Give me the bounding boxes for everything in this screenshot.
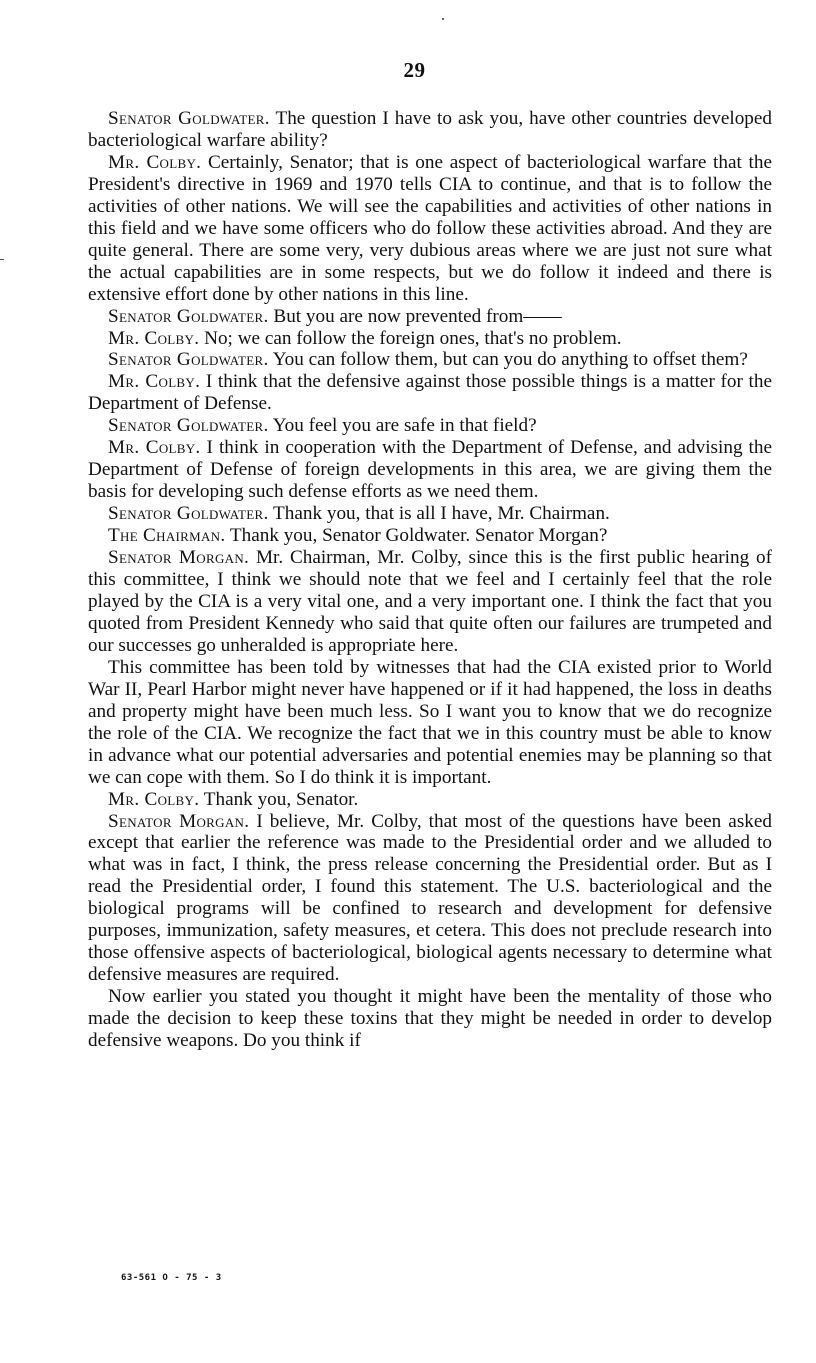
- paragraph-text: I believe, Mr. Colby, that most of the q…: [88, 811, 772, 986]
- speaker-name: Senator Goldwater.: [108, 306, 269, 327]
- speaker-name: Mr. Colby.: [108, 371, 200, 392]
- paragraph: Senator Morgan. Mr. Chairman, Mr. Colby,…: [88, 547, 772, 657]
- paragraph: This committee has been told by witnesse…: [88, 657, 772, 789]
- speaker-name: Mr. Colby.: [108, 437, 201, 458]
- paragraph: Senator Goldwater. You can follow them, …: [88, 349, 772, 371]
- paragraph: Now earlier you stated you thought it mi…: [88, 986, 772, 1052]
- transcript-body: Senator Goldwater. The question I have t…: [88, 108, 772, 1052]
- page-number: 29: [0, 58, 816, 83]
- speaker-name: Mr. Colby.: [108, 789, 199, 810]
- scan-artifact: [0, 259, 4, 260]
- paragraph-text: But you are now prevented from——: [269, 306, 562, 327]
- paragraph-text: No; we can follow the foreign ones, that…: [199, 328, 621, 349]
- paragraph-text: Thank you, Senator.: [199, 789, 358, 810]
- speaker-name: Senator Goldwater.: [108, 415, 269, 436]
- speaker-name: Senator Goldwater.: [108, 503, 269, 524]
- paragraph: Mr. Colby. I think in cooperation with t…: [88, 437, 772, 503]
- paragraph-text: Certainly, Senator; that is one aspect o…: [88, 152, 772, 305]
- speaker-name: Senator Goldwater.: [108, 349, 269, 370]
- speaker-name: The Chairman.: [108, 525, 225, 546]
- paragraph: Mr. Colby. Certainly, Senator; that is o…: [88, 152, 772, 306]
- paragraph: Mr. Colby. I think that the defensive ag…: [88, 371, 772, 415]
- paragraph-text: Thank you, Senator Goldwater. Senator Mo…: [225, 525, 607, 546]
- paragraph: Senator Goldwater. You feel you are safe…: [88, 415, 772, 437]
- paragraph-text: Thank you, that is all I have, Mr. Chair…: [269, 503, 610, 524]
- paragraph: The Chairman. Thank you, Senator Goldwat…: [88, 525, 772, 547]
- paragraph: Mr. Colby. Thank you, Senator.: [88, 789, 772, 811]
- paragraph: Senator Morgan. I believe, Mr. Colby, th…: [88, 811, 772, 987]
- paragraph-text: You can follow them, but can you do anyt…: [269, 349, 748, 370]
- paragraph-text: This committee has been told by witnesse…: [88, 657, 772, 788]
- paragraph: Senator Goldwater. Thank you, that is al…: [88, 503, 772, 525]
- paragraph-text: Now earlier you stated you thought it mi…: [88, 986, 772, 1051]
- speaker-name: Senator Goldwater.: [108, 108, 270, 129]
- paragraph: Mr. Colby. No; we can follow the foreign…: [88, 328, 772, 350]
- paragraph: Senator Goldwater. The question I have t…: [88, 108, 772, 152]
- speaker-name: Senator Morgan.: [108, 811, 249, 832]
- print-code-footer: 63-561 O - 75 - 3: [121, 1273, 222, 1283]
- speaker-name: Mr. Colby.: [108, 152, 201, 173]
- speaker-name: Mr. Colby.: [108, 328, 199, 349]
- paragraph: Senator Goldwater. But you are now preve…: [88, 306, 772, 328]
- paragraph-text: You feel you are safe in that field?: [269, 415, 537, 436]
- speaker-name: Senator Morgan.: [108, 547, 249, 568]
- scan-artifact: [442, 18, 444, 20]
